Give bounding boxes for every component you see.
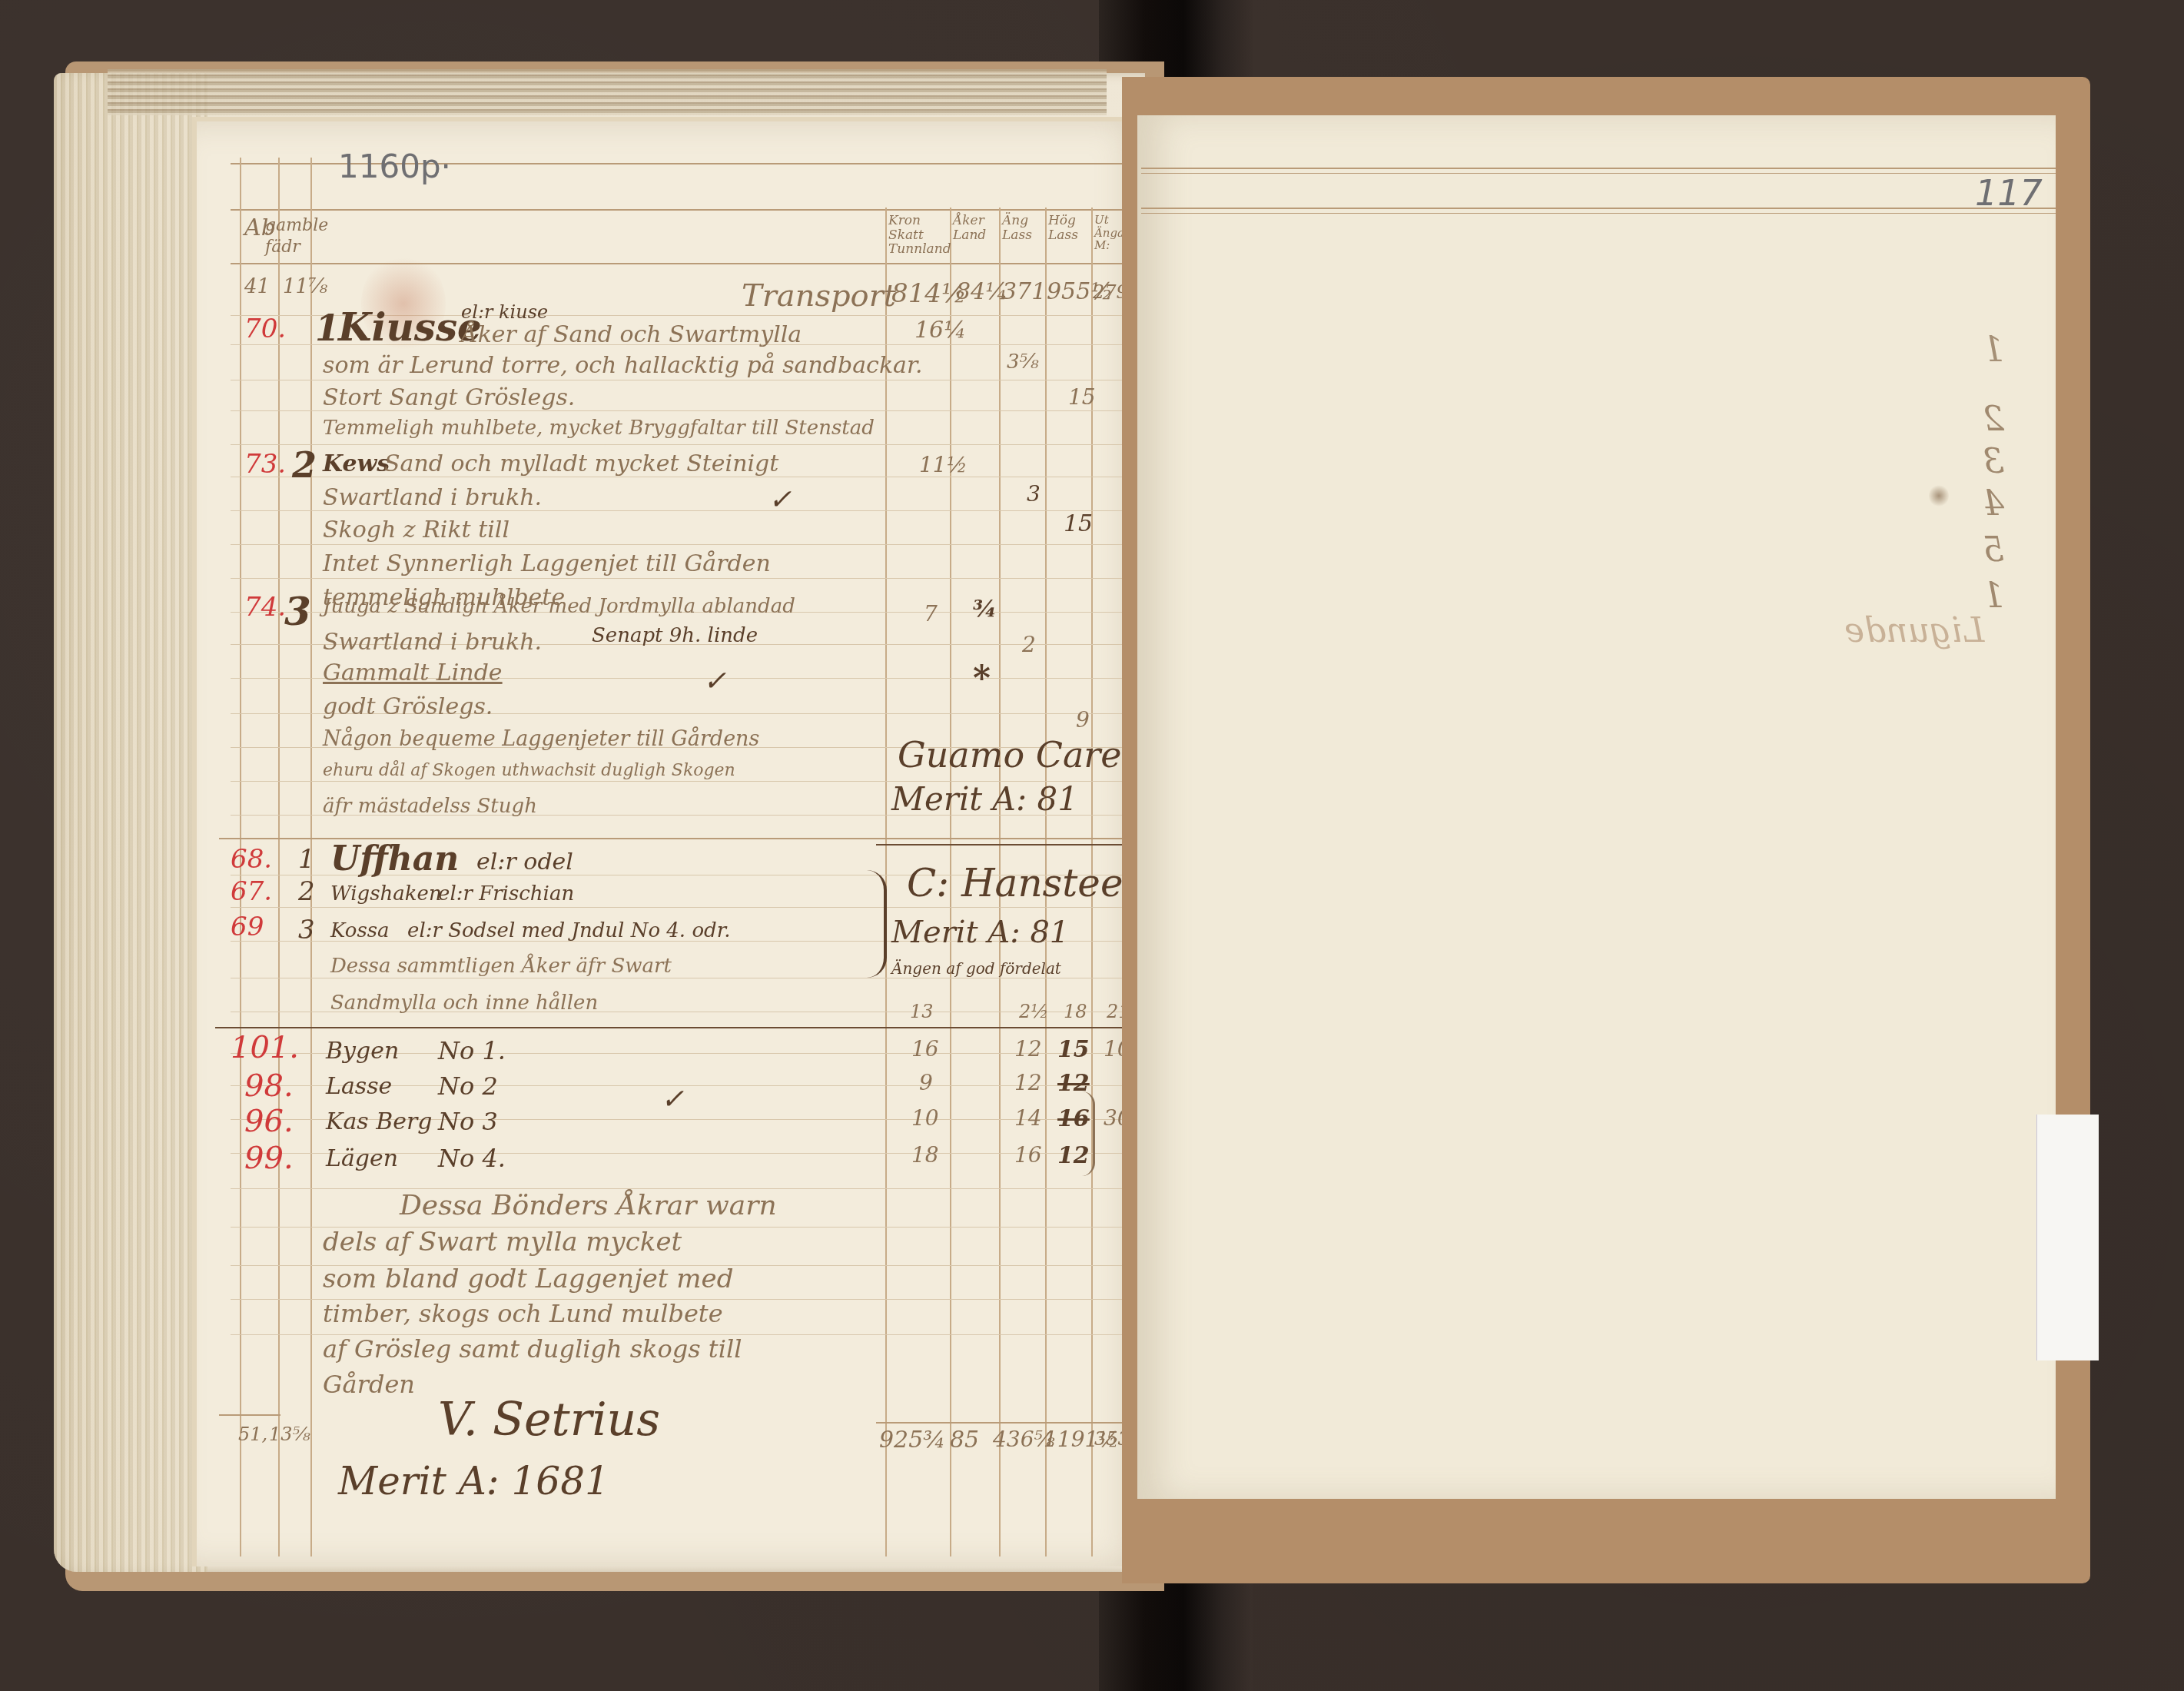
margin-rule-2 (278, 158, 280, 1556)
right-header-ruling (1141, 208, 2056, 209)
entry-ref: 74. (244, 592, 286, 623)
col-header-ang: Äng Lass (1002, 214, 1045, 242)
margin-numeral: 5 (1983, 530, 2004, 570)
entry-value: 15 (1068, 384, 1096, 410)
ledger-line (231, 544, 1137, 545)
check-mark: ✓ (768, 484, 792, 516)
margin-numeral: 2 (1983, 400, 2004, 439)
right-page (1137, 115, 2056, 1499)
entry-line: som är Lerund torre, och hallacktig på s… (323, 352, 923, 379)
signature-carelius-date: Merit A: 81 (891, 780, 1078, 818)
signature-setrius-date: Merit A: 1681 (338, 1459, 609, 1503)
check-mark: ✓ (661, 1084, 684, 1115)
closing-line: Gården (323, 1370, 415, 1399)
entry-number: 3 (284, 589, 311, 634)
pencil-folio-left: 1160p· (338, 148, 451, 185)
signature-divider (876, 844, 1137, 845)
numbered-ref: 99. (244, 1141, 294, 1176)
carry-ruling (219, 1414, 280, 1416)
group-name: Kossa (330, 919, 390, 942)
right-top-ruling-2 (1141, 173, 2056, 174)
carry-bottom-a: 51, (238, 1424, 267, 1445)
entry-line: äfr mästadelss Stugh (323, 795, 537, 818)
entry-value: 9 (1076, 707, 1090, 733)
numbered-value: 14 (1014, 1105, 1042, 1131)
closing-line: som bland godt Laggenjet med (323, 1264, 733, 1294)
entry-line: Skogh z Rikt till (323, 517, 509, 543)
group-value: 18 (1064, 1001, 1087, 1022)
group-note: el:r odel (476, 849, 573, 875)
group-no: 2 (298, 876, 315, 907)
header-bottom-ruling (231, 263, 1137, 264)
numbered-value: 18 (911, 1142, 939, 1168)
entry-note: el:r kiuse (461, 301, 548, 323)
pencil-folio-right: 117 (1975, 172, 2043, 214)
transport-val-3: 371 (1002, 278, 1046, 305)
entry-value: 7 (924, 601, 938, 626)
group-name: Wigshaken (330, 882, 442, 905)
entry-ref: 70. (244, 314, 286, 344)
numbered-ref: 101. (231, 1030, 299, 1065)
entry-value: 11½ (919, 452, 968, 477)
header-fadr: fädr (265, 238, 300, 257)
ledger-line (231, 380, 1137, 380)
group-line: Dessa sammtligen Åker äfr Swart (330, 955, 672, 978)
entry-line: Gammalt Linde (323, 659, 503, 686)
right-header-ruling-2 (1141, 213, 2056, 214)
group-value: 2½ (1019, 1001, 1049, 1022)
numbered-no: No 2 (438, 1071, 498, 1101)
group-ref: 68. (231, 844, 272, 875)
numbered-ref: 98. (244, 1068, 294, 1104)
entry-value: 3 (1027, 481, 1041, 507)
numbered-bracket (1082, 1091, 1095, 1176)
entry-value: ¾ (973, 596, 997, 623)
transport-label: Transport (742, 278, 896, 314)
entry-line: ehuru dål af Skogen uthwachsit dugligh S… (323, 761, 735, 780)
entry-name: Kews (323, 450, 390, 477)
entry-value: * (973, 659, 991, 699)
margin-numeral: 1 (1983, 331, 2004, 370)
closing-line: af Grösleg samt dugligh skogs till (323, 1334, 742, 1364)
group-ref: 67. (231, 876, 272, 907)
numbered-value: 12 (1014, 1070, 1042, 1095)
header-ruling (231, 209, 1137, 211)
numbered-no: No 1. (438, 1036, 506, 1065)
group-note: el:r Sodsel med Jndul No 4. odr. (407, 919, 731, 942)
carry-bottom-b: 13⅝ (269, 1424, 310, 1445)
group-no: 1 (298, 844, 315, 875)
ledger-line (231, 578, 1137, 579)
top-page-edges (108, 69, 1107, 115)
group-name: Uffhan (330, 839, 459, 879)
group-value: 13 (910, 1001, 934, 1022)
transport-val-2: 84¼ (956, 278, 1007, 305)
signature-setrius: V. Setrius (438, 1393, 660, 1447)
ledger-line (231, 444, 1137, 445)
numbered-value: 16 (911, 1036, 939, 1061)
ink-spot (1929, 484, 1949, 507)
entry-number: 2 (292, 444, 317, 486)
carry-left-b: 11⅞ (283, 275, 327, 298)
check-mark: ✓ (703, 666, 726, 697)
numbered-label: Bygen (326, 1038, 399, 1065)
ledger-line (231, 1188, 1137, 1189)
section-divider-2 (215, 1027, 1137, 1028)
margin-numeral: 1 (1983, 576, 2004, 616)
entry-line: Stort Sangt Gröslegs. (323, 384, 575, 411)
numbered-ref: 96. (244, 1104, 294, 1139)
entry-value: 3⅝ (1007, 350, 1039, 374)
group-line: Sandmylla och inne hållen (330, 992, 598, 1015)
margin-numeral: 4 (1983, 484, 2004, 523)
closing-line: Dessa Bönders Åkrar warn (400, 1190, 777, 1221)
numbered-value: 15 (1057, 1036, 1090, 1063)
ledger-line (231, 907, 1137, 908)
entry-line: Temmeligh muhlbete, mycket Bryggfaltar t… (323, 417, 875, 440)
margin-numeral: 3 (1983, 442, 2004, 481)
entry-ref: 73. (244, 449, 286, 480)
numbered-value: 16 (1014, 1142, 1042, 1168)
col-header-aker: Åker Land (953, 214, 999, 242)
carry-left-a: 41 (244, 275, 270, 298)
col-header-kron: Kron Skatt Tunnland (888, 214, 950, 257)
entry-note: Senapt 9h. linde (592, 624, 758, 647)
entry-line: Swartland i brukh. (323, 484, 542, 511)
entry-line: Någon bequeme Laggenjeter till Gårdens (323, 727, 759, 751)
entry-line: Intet Synnerligh Laggenjet till Gården (323, 550, 771, 577)
entry-number: 1 (315, 307, 340, 349)
entry-line: godt Gröslegs. (323, 693, 493, 720)
closing-line: timber, skogs och Lund mulbete (323, 1299, 723, 1328)
bleed-through-word: Ligunde (1844, 611, 1984, 650)
right-top-ruling (1141, 168, 2056, 169)
numbered-no: No 3 (438, 1107, 498, 1136)
ledger-line (231, 978, 1137, 978)
signature-hansteen-date: Merit A: 81 (891, 915, 1069, 950)
numbered-label: Lägen (326, 1145, 398, 1172)
numbered-value: 12 (1014, 1036, 1042, 1061)
group-ref: 69 (231, 912, 264, 942)
group-note: el:r Frischian (438, 882, 574, 905)
closing-line: dels af Swart mylla mycket (323, 1227, 682, 1257)
group-no: 3 (298, 915, 315, 945)
col-header-hog: Hög Lass (1048, 214, 1091, 242)
numbered-value: 9 (919, 1070, 933, 1095)
total-value: 85 (950, 1427, 979, 1453)
signature-hansteen-sub: Ängen af god fördelat (891, 959, 1061, 978)
group-bracket (867, 870, 887, 978)
entry-value: 16¼ (914, 317, 966, 344)
entry-value: 2 (1022, 632, 1036, 657)
header-gamble: gamble (265, 217, 328, 235)
entry-line: Åker af Sand och Swartmylla (461, 321, 802, 348)
entry-name: Kiusse (338, 304, 482, 350)
signature-hansteen: C: Hansteen (907, 861, 1148, 905)
entry-line: Juuga z Sandigh Åker med Jordmylla ablan… (323, 595, 795, 618)
left-page-edges (54, 73, 207, 1572)
numbered-label: Kas Berg (326, 1108, 433, 1135)
numbered-label: Lasse (326, 1073, 392, 1100)
entry-line: Swartland i brukh. (323, 629, 542, 656)
totals-ruling (876, 1422, 1137, 1424)
numbered-no: No 4. (438, 1144, 506, 1173)
entry-line: Sand och mylladt mycket Steinigt (384, 450, 778, 477)
numbered-value: 10 (911, 1105, 939, 1131)
entry-value: 15 (1064, 510, 1093, 537)
paper-slip (2036, 1115, 2099, 1360)
total-value: 925¾ (879, 1427, 945, 1453)
